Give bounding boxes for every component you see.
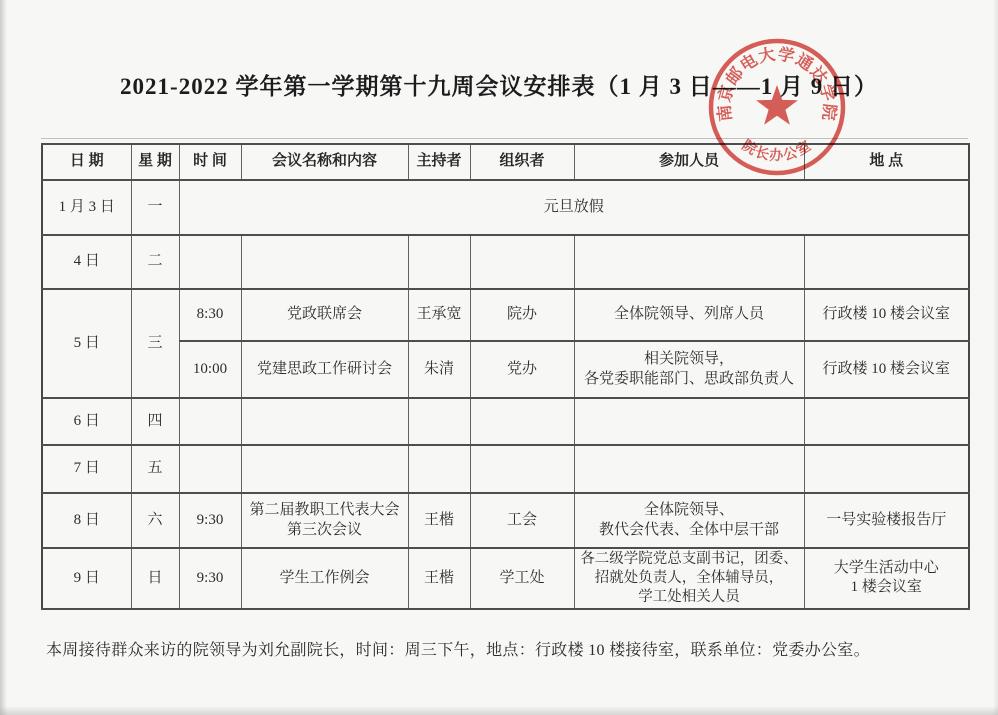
- cell-date: 5 日: [42, 289, 131, 398]
- cell-host: 王楷: [408, 548, 470, 609]
- cell-host: 王承宽: [408, 289, 470, 341]
- cell-date: 6 日: [42, 398, 131, 445]
- table-row-jan5-meeting1: 5 日 三 8:30 党政联席会 王承宽 院办 全体院领导、列席人员 行政楼 1…: [42, 289, 969, 341]
- document-title: 2021-2022 学年第一学期第十九周会议安排表（1 月 3 日——1 月 9…: [0, 68, 998, 101]
- cell-organizer: 工会: [470, 493, 574, 548]
- cell-empty: [408, 398, 470, 445]
- cell-empty: [179, 398, 241, 445]
- cell-empty: [804, 445, 969, 493]
- table-row-jan4: 4 日 二: [42, 235, 969, 289]
- cell-location: 一号实验楼报告厅: [804, 493, 969, 548]
- column-header-participants: 参加人员: [574, 144, 804, 180]
- cell-empty: [408, 235, 470, 289]
- cell-empty: [241, 445, 408, 493]
- meeting-schedule-table: 日 期 星 期 时 间 会议名称和内容 主持者 组织者 参加人员 地 点 1 月…: [41, 143, 970, 610]
- cell-week: 六: [131, 493, 179, 548]
- cell-participants: 各二级学院党总支副书记，团委、 招就处负责人，全体辅导员， 学工处相关人员: [574, 548, 804, 609]
- cell-week: 五: [131, 445, 179, 493]
- cell-empty: [179, 235, 241, 289]
- cell-week: 三: [131, 289, 179, 398]
- column-header-meeting: 会议名称和内容: [241, 144, 408, 180]
- scan-artifact-line: [41, 138, 968, 139]
- cell-organizer: 党办: [470, 341, 574, 398]
- cell-week: 四: [131, 398, 179, 445]
- cell-empty: [804, 235, 969, 289]
- cell-location: 大学生活动中心 1 楼会议室: [804, 548, 969, 609]
- cell-meeting-name: 第二届教职工代表大会 第三次会议: [241, 493, 408, 548]
- scanned-document-page: 2021-2022 学年第一学期第十九周会议安排表（1 月 3 日——1 月 9…: [0, 0, 998, 715]
- cell-time: 9:30: [179, 493, 241, 548]
- table-row-jan6: 6 日 四: [42, 398, 969, 445]
- cell-date: 4 日: [42, 235, 131, 289]
- cell-empty: [804, 398, 969, 445]
- cell-participants: 相关院领导， 各党委职能部门、思政部负责人: [574, 341, 804, 398]
- table-row-jan9: 9 日 日 9:30 学生工作例会 王楷 学工处 各二级学院党总支副书记，团委、…: [42, 548, 969, 609]
- cell-organizer: 院办: [470, 289, 574, 341]
- scan-edge-bottom: [0, 706, 998, 715]
- cell-time: 9:30: [179, 548, 241, 609]
- table-row-jan5-meeting2: 10:00 党建思政工作研讨会 朱清 党办 相关院领导， 各党委职能部门、思政部…: [42, 341, 969, 398]
- cell-empty: [241, 235, 408, 289]
- column-header-location: 地 点: [804, 144, 969, 180]
- cell-meeting-name: 党建思政工作研讨会: [241, 341, 408, 398]
- cell-empty: [179, 445, 241, 493]
- column-header-date: 日 期: [42, 144, 131, 180]
- cell-host: 王楷: [408, 493, 470, 548]
- cell-meeting-name: 学生工作例会: [241, 548, 408, 609]
- cell-empty: [574, 235, 804, 289]
- scan-edge-right: [993, 0, 998, 715]
- cell-week: 二: [131, 235, 179, 289]
- table-row-jan8: 8 日 六 9:30 第二届教职工代表大会 第三次会议 王楷 工会 全体院领导、…: [42, 493, 969, 548]
- cell-date: 9 日: [42, 548, 131, 609]
- cell-location: 行政楼 10 楼会议室: [804, 341, 969, 398]
- table-header-row: 日 期 星 期 时 间 会议名称和内容 主持者 组织者 参加人员 地 点: [42, 144, 969, 180]
- column-header-host: 主持者: [408, 144, 470, 180]
- cell-date: 8 日: [42, 493, 131, 548]
- cell-participants: 全体院领导、 教代会代表、全体中层干部: [574, 493, 804, 548]
- table-row-jan3: 1 月 3 日 一 元旦放假: [42, 180, 969, 235]
- cell-week: 日: [131, 548, 179, 609]
- cell-host: 朱清: [408, 341, 470, 398]
- cell-empty: [408, 445, 470, 493]
- cell-week: 一: [131, 180, 179, 235]
- cell-time: 8:30: [179, 289, 241, 341]
- cell-meeting-name: 党政联席会: [241, 289, 408, 341]
- column-header-organizer: 组织者: [470, 144, 574, 180]
- cell-empty: [470, 445, 574, 493]
- column-header-week: 星 期: [131, 144, 179, 180]
- cell-empty: [470, 398, 574, 445]
- cell-holiday-note: 元旦放假: [179, 180, 969, 235]
- column-header-time: 时 间: [179, 144, 241, 180]
- cell-empty: [574, 398, 804, 445]
- cell-location: 行政楼 10 楼会议室: [804, 289, 969, 341]
- cell-time: 10:00: [179, 341, 241, 398]
- cell-date: 1 月 3 日: [42, 180, 131, 235]
- cell-participants: 全体院领导、列席人员: [574, 289, 804, 341]
- table-row-jan7: 7 日 五: [42, 445, 969, 493]
- cell-empty: [470, 235, 574, 289]
- cell-organizer: 学工处: [470, 548, 574, 609]
- scan-edge-left: [0, 0, 7, 715]
- cell-date: 7 日: [42, 445, 131, 493]
- cell-empty: [241, 398, 408, 445]
- footer-note: 本周接待群众来访的院领导为刘允副院长，时间：周三下午，地点：行政楼 10 楼接待…: [46, 637, 870, 660]
- cell-empty: [574, 445, 804, 493]
